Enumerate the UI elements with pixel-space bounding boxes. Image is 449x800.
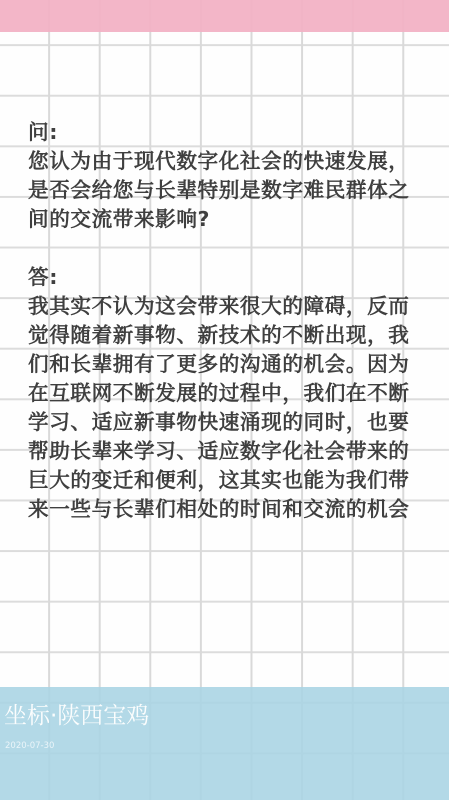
location-caption: 坐标·陕西宝鸡 <box>4 702 149 730</box>
answer-text: 我其实不认为这会带来很大的障碍，反而觉得随着新事物、新技术的不断出现，我们和长辈… <box>28 292 424 524</box>
qa-content: 问: 您认为由于现代数字化社会的快速发展，是否会给您与长辈特别是数字难民群体之间… <box>28 118 424 524</box>
question-text: 您认为由于现代数字化社会的快速发展，是否会给您与长辈特别是数字难民群体之间的交流… <box>28 147 424 234</box>
date-caption: 2020-07-30 <box>5 740 54 752</box>
answer-label: 答: <box>28 263 424 292</box>
top-decorative-band <box>0 0 449 32</box>
question-label: 问: <box>28 118 424 147</box>
